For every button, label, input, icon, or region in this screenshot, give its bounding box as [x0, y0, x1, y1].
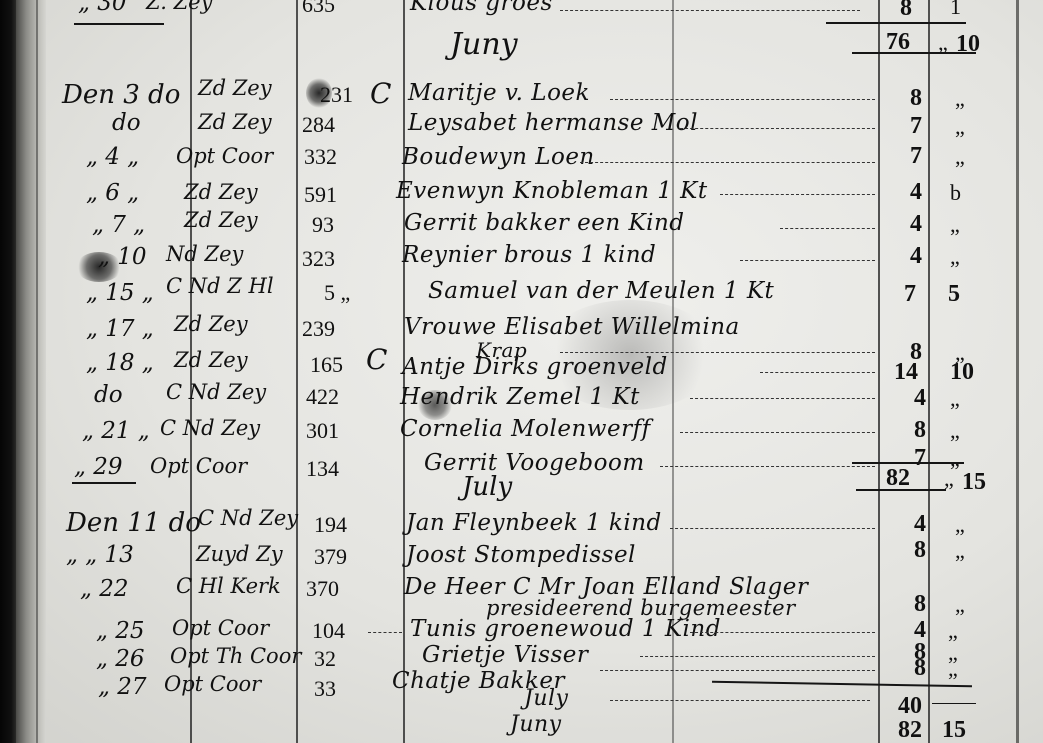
row-location: Zuyd Zy: [196, 544, 283, 565]
row-location: Opt Coor: [164, 674, 261, 695]
row-guilders: 7: [910, 144, 922, 168]
row-stuivers: 10: [950, 360, 974, 384]
row-guilders: 7: [910, 114, 922, 138]
row-number: 332: [304, 146, 337, 168]
ledger-page: „ 30 Z. Zey 635 Klous groes 8 1 76 „ 10 …: [0, 0, 1043, 743]
row-stuivers: „: [955, 540, 965, 562]
column-rule-stuivers: [928, 0, 930, 743]
row-location: Zd Zey: [198, 112, 272, 133]
row-name: Vrouwe Elisabet Willelmina: [404, 316, 740, 339]
row-guilders: 8: [914, 538, 926, 562]
row-stuivers: „: [955, 146, 965, 168]
row-date: „ 17 „: [86, 318, 154, 341]
row-mark: C: [366, 346, 388, 374]
row-location: C Nd Z Hl: [166, 276, 274, 297]
row-stuivers: „: [955, 116, 965, 138]
column-rule-guilders: [878, 0, 880, 743]
leader-dots: [690, 632, 875, 633]
june-closing-guilders: 82: [886, 466, 910, 490]
summary-label-july: July: [524, 688, 568, 710]
date-underline: [72, 482, 136, 484]
row-name: Joost Stompedissel: [406, 544, 636, 567]
row-number: 194: [314, 514, 347, 536]
row-mark: C: [370, 80, 392, 108]
row-number: 323: [302, 248, 335, 270]
row-stuivers: „: [950, 420, 960, 442]
row-number: 33: [314, 678, 336, 700]
leader-dots: [610, 99, 875, 100]
row-number: 301: [306, 420, 339, 442]
row-location: C Nd Zey: [166, 382, 266, 403]
row-name: Antje Dirks groenveld: [402, 356, 668, 379]
row-guilders: 8: [910, 86, 922, 110]
row-stuivers: „: [955, 88, 965, 110]
june-closing-sep: „: [944, 468, 954, 490]
carryover-underline: [74, 23, 164, 25]
row-name: Grietje Visser: [422, 644, 588, 667]
row-date: „ 22: [80, 578, 129, 601]
leader-dots: [660, 466, 875, 467]
summary-june-guilders: 82: [898, 718, 922, 742]
leader-dots: [680, 128, 875, 129]
leader-dots: [760, 372, 875, 373]
row-location: Zd Zey: [174, 350, 248, 371]
carryover-guilders: 8: [900, 0, 912, 20]
june-closing-stuivers: 15: [962, 470, 986, 494]
leader-dots: [690, 398, 875, 399]
row-stuivers: „: [955, 514, 965, 536]
total-rule: [712, 681, 972, 687]
row-date: „ 18 „: [86, 352, 154, 375]
leader-dots: [610, 700, 870, 701]
row-date: „ 29: [74, 456, 123, 479]
row-number: 591: [304, 184, 337, 206]
row-date: „ 21 „: [82, 420, 150, 443]
june-opening-sep: „: [938, 32, 948, 54]
leader-dots: [560, 352, 875, 353]
row-date: „ 27: [98, 676, 147, 699]
row-number: 104: [312, 620, 345, 642]
row-stuivers: „: [950, 246, 960, 268]
column-rule-location: [296, 0, 298, 743]
leader-dots: [600, 670, 875, 671]
leader-dots: [640, 656, 875, 657]
month-heading-june: Juny: [450, 30, 518, 60]
row-location: Opt Coor: [150, 456, 247, 477]
carryover-location: Z. Zey: [146, 0, 212, 13]
row-stuivers: 5: [948, 282, 960, 306]
row-location: Zd Zey: [184, 182, 258, 203]
carryover-number: 635: [302, 0, 335, 16]
row-date: „ 15 „: [86, 282, 154, 305]
leader-dots: [680, 432, 875, 433]
page-right-margin-rule: [1016, 0, 1019, 743]
row-location: Opt Coor: [176, 146, 273, 167]
month-heading-july: July: [462, 474, 512, 500]
row-location: Zd Zey: [174, 314, 248, 335]
row-date: „ 10: [98, 246, 147, 269]
row-location: Zd Zey: [184, 210, 258, 231]
row-stuivers: „: [950, 388, 960, 410]
row-date: „ 4 „: [86, 146, 139, 169]
row-number: 134: [306, 458, 339, 480]
row-stuivers: b: [950, 182, 961, 204]
page-gutter: [16, 0, 46, 743]
summary-label-june: Juny: [510, 714, 562, 736]
row-name: Jan Fleynbeek 1 kind: [406, 512, 662, 535]
leader-dots: [740, 260, 875, 261]
row-name: Boudewyn Loen: [402, 146, 595, 169]
row-number: 32: [314, 648, 336, 670]
total-rule: [852, 462, 964, 464]
row-name: Reynier brous 1 kind: [402, 244, 656, 267]
row-stuivers: „: [955, 594, 965, 616]
row-name: Cornelia Molenwerff: [400, 418, 651, 441]
leader-dots: [560, 10, 860, 11]
summary-july-guilders: 40: [898, 694, 922, 718]
row-stuivers: „: [950, 214, 960, 236]
row-date: do: [94, 384, 123, 407]
row-date: „ 6 „: [86, 182, 139, 205]
row-number: 165: [310, 354, 343, 376]
leader-dots: [368, 632, 402, 633]
row-location: Nd Zey: [166, 244, 243, 265]
row-location: Zd Zey: [198, 78, 272, 99]
row-name: Leysabet hermanse Mol: [408, 112, 698, 135]
row-guilders: 7: [914, 446, 926, 470]
row-date: „ 7 „: [92, 214, 145, 237]
row-stuivers: „: [948, 620, 958, 642]
row-location: C Nd Zey: [198, 508, 298, 529]
row-guilders: 4: [914, 512, 926, 536]
row-location: C Nd Zey: [160, 418, 260, 439]
row-date: do: [112, 112, 141, 135]
row-number: 5 „: [324, 282, 350, 304]
row-location: Opt Coor: [172, 618, 269, 639]
row-guilders: 4: [910, 212, 922, 236]
row-number: 379: [314, 546, 347, 568]
leader-dots: [780, 228, 875, 229]
row-number: 370: [306, 578, 339, 600]
row-guilders: 4: [910, 180, 922, 204]
row-name: Samuel van der Meulen 1 Kt: [428, 280, 774, 303]
row-date: „ 26: [96, 648, 145, 671]
row-guilders: 8: [914, 592, 926, 616]
carryover-date: „ 30: [78, 0, 127, 15]
carryover-stuivers: 1: [950, 0, 961, 18]
book-binding: [0, 0, 16, 743]
row-name: Tunis groenewoud 1 Kind: [410, 618, 721, 641]
row-date: „ „ 13: [66, 544, 134, 567]
row-number: 239: [302, 318, 335, 340]
row-guilders: 8: [914, 418, 926, 442]
summary-june-stuivers: 15: [942, 718, 966, 742]
row-guilders: 14: [894, 360, 918, 384]
row-guilders: 8: [914, 656, 926, 680]
gutter-edge-line: [36, 0, 38, 743]
row-date: Den 11 do: [66, 510, 201, 536]
total-rule: [856, 489, 946, 491]
row-name: Hendrik Zemel 1 Kt: [400, 386, 640, 409]
leader-dots: [720, 194, 875, 195]
row-date: „ 25: [96, 620, 145, 643]
row-number: 422: [306, 386, 339, 408]
leader-dots: [670, 528, 875, 529]
total-rule: [852, 52, 976, 54]
row-number: 93: [312, 214, 334, 236]
row-number: 231: [320, 84, 353, 106]
row-location: C Hl Kerk: [176, 576, 281, 597]
june-opening-guilders: 76: [886, 30, 910, 54]
row-name: Evenwyn Knobleman 1 Kt: [396, 180, 708, 203]
row-name: Gerrit Voogeboom: [424, 452, 645, 475]
row-guilders: 7: [904, 282, 916, 306]
row-name: Maritje v. Loek: [408, 82, 590, 105]
leader-dots: [580, 162, 875, 163]
row-stuivers: „: [948, 658, 958, 680]
row-location: Opt Th Coor: [170, 646, 301, 667]
total-rule: [932, 703, 976, 704]
row-number: 284: [302, 114, 335, 136]
carryover-name: Klous groes: [410, 0, 553, 15]
row-guilders: 4: [914, 386, 926, 410]
total-rule: [826, 22, 966, 24]
row-guilders: 4: [910, 244, 922, 268]
row-name: Gerrit bakker een Kind: [404, 212, 685, 235]
row-date: Den 3 do: [62, 82, 180, 108]
